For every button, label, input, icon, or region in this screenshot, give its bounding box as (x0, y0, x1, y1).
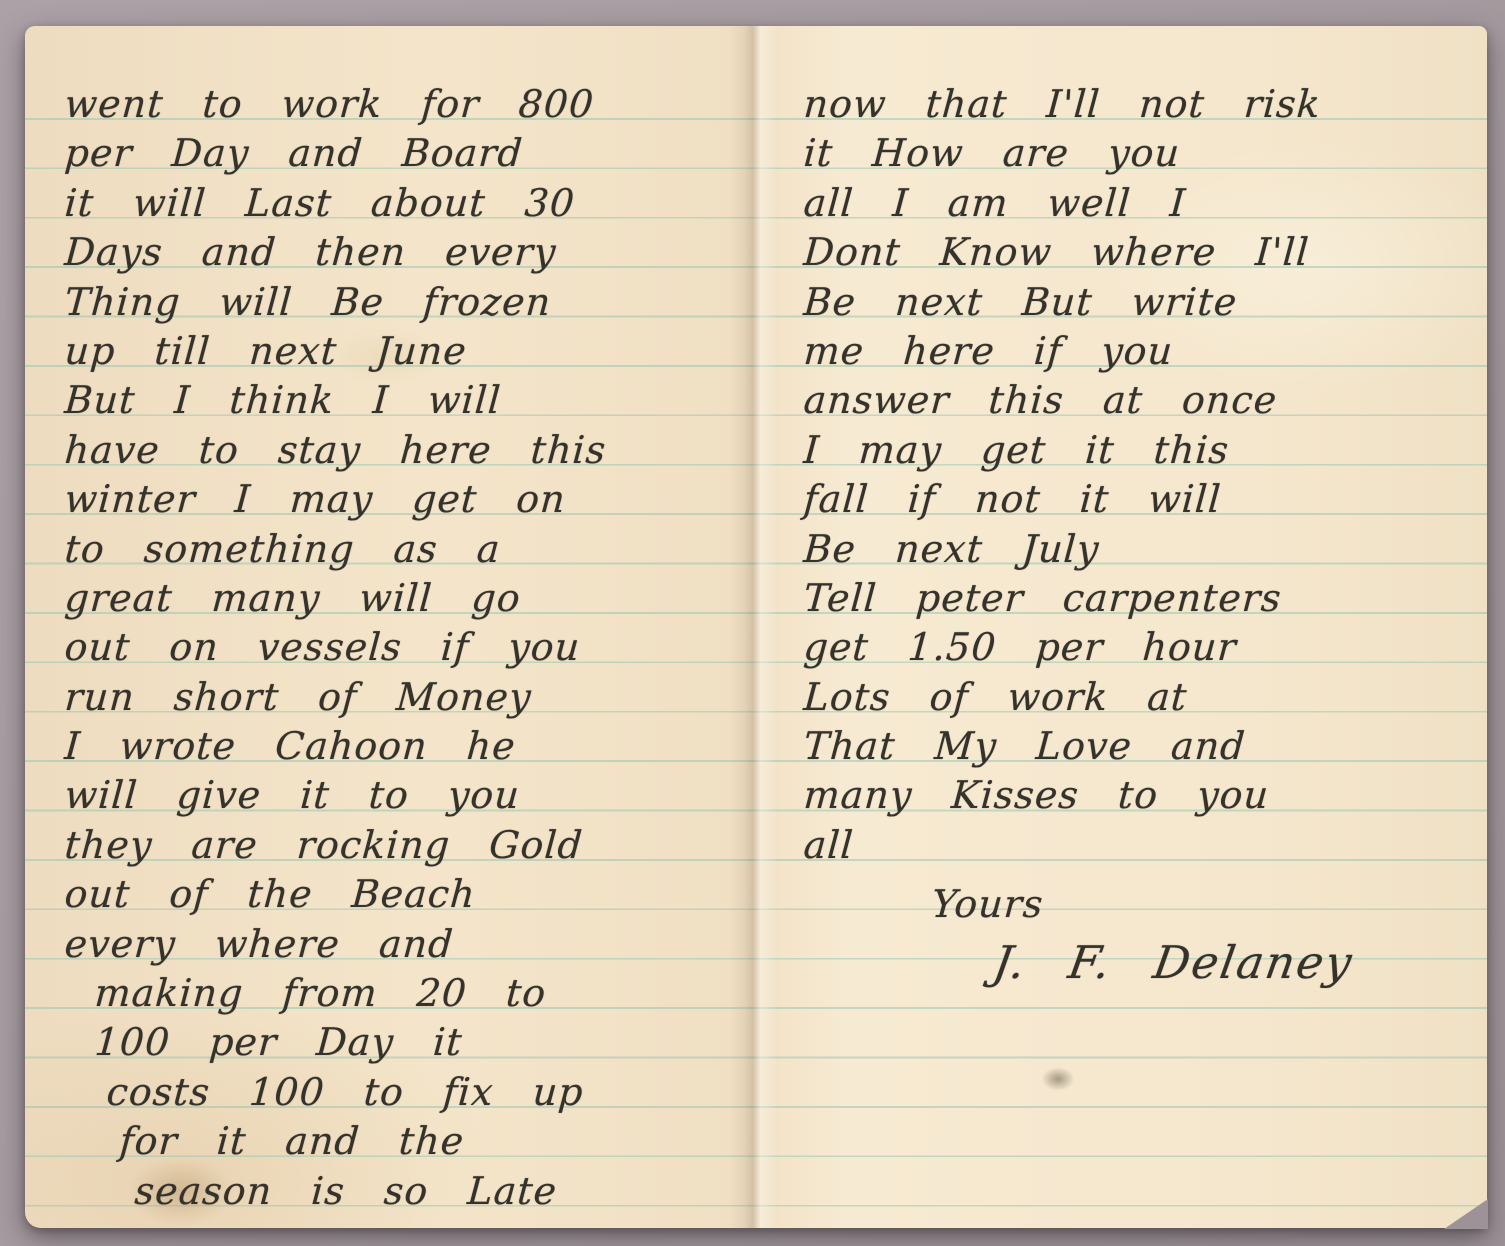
letter-line: get 1.50 per hour (780, 623, 1483, 672)
letter-line: many Kisses to you (780, 771, 1483, 820)
photo-backdrop: went to work for 800 per Day and Board i… (0, 0, 1505, 1246)
letter-line: have to stay here this (63, 426, 742, 475)
letter-line: But I think I will (63, 376, 742, 425)
letter-page-right: now that I'll not risk it How are you al… (780, 80, 1480, 987)
letter-sheet: went to work for 800 per Day and Board i… (25, 26, 1487, 1228)
letter-line: out on vessels if you (63, 623, 742, 672)
letter-line: out of the Beach (63, 870, 742, 919)
letter-line: fall if not it will (780, 475, 1483, 524)
letter-line: That My Love and (780, 722, 1483, 771)
letter-line: great many will go (63, 574, 742, 623)
letter-line: Be next But write (780, 278, 1483, 327)
letter-line: it How are you (780, 129, 1483, 178)
letter-line: answer this at once (780, 376, 1483, 425)
letter-line: Tell peter carpenters (780, 574, 1483, 623)
letter-line: every where and (63, 920, 742, 969)
letter-line: it will Last about 30 (63, 179, 742, 228)
letter-line: per Day and Board (63, 129, 742, 178)
letter-line: winter I may get on (63, 475, 742, 524)
letter-line: run short of Money (63, 673, 742, 722)
letter-line: Be next July (780, 525, 1483, 574)
letter-line: I wrote Cahoon he (63, 722, 742, 771)
letter-line: now that I'll not risk (780, 80, 1483, 129)
letter-page-left: went to work for 800 per Day and Board i… (63, 80, 739, 1216)
letter-line: Thing will Be frozen (63, 278, 742, 327)
letter-line: 100 per Day it (63, 1018, 742, 1067)
letter-line: for it and the (63, 1117, 742, 1166)
letter-line: me here if you (780, 327, 1483, 376)
letter-line: up till next June (63, 327, 742, 376)
letter-line: they are rocking Gold (63, 821, 742, 870)
letter-line: I may get it this (780, 426, 1483, 475)
letter-line: all (780, 821, 1483, 870)
letter-line: Dont Know where I'll (780, 228, 1483, 277)
letter-line: season is so Late (63, 1167, 742, 1216)
letter-closing: Yours (780, 880, 1483, 929)
letter-line: will give it to you (63, 771, 742, 820)
letter-line: to something as a (63, 525, 742, 574)
letter-line: went to work for 800 (63, 80, 742, 129)
letter-line: all I am well I (780, 179, 1483, 228)
letter-signature: J. F. Delaney (780, 938, 1488, 987)
letter-line: making from 20 to (63, 969, 742, 1018)
letter-line: Days and then every (63, 228, 742, 277)
letter-line: Lots of work at (780, 673, 1483, 722)
letter-line: costs 100 to fix up (63, 1068, 742, 1117)
